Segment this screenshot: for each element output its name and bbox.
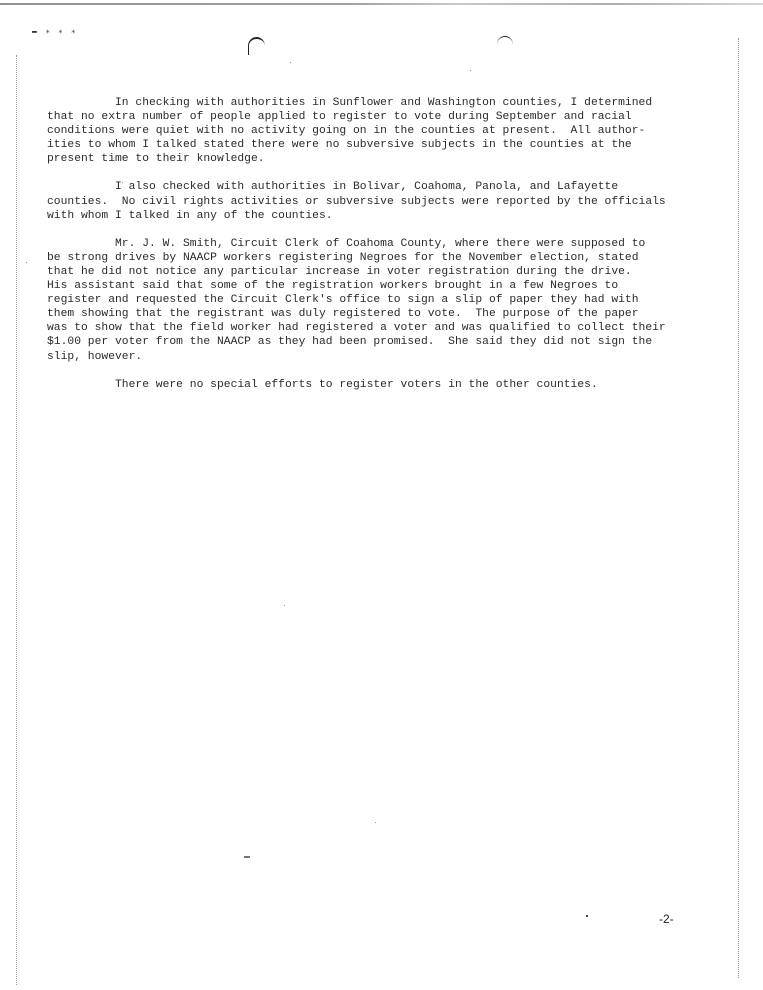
punch-hole-right-icon [497,36,513,53]
scan-speck [26,262,27,263]
text-line: I also checked with authorities in Boliv… [47,181,618,193]
text-line: counties. No civil rights activities or … [47,196,666,208]
scan-speck [122,182,123,183]
text-line: Mr. J. W. Smith, Circuit Clerk of Coahom… [47,238,645,250]
scan-right-margin-line [738,38,740,978]
text-line: There were no special efforts to registe… [47,379,598,391]
document-body: In checking with authorities in Sunflowe… [47,96,727,406]
text-line: that no extra number of people applied t… [47,111,632,123]
paragraph-sunflower-washington: In checking with authorities in Sunflowe… [47,96,727,166]
scan-speck [284,605,285,606]
text-line: conditions were quiet with no activity g… [47,125,645,137]
scan-speck [586,915,588,917]
text-line: present time to their knowledge. [47,153,265,165]
text-line: be strong drives by NAACP workers regist… [47,252,639,264]
paragraph-no-special-efforts: There were no special efforts to registe… [47,378,727,392]
scan-left-margin-line [16,55,18,985]
scan-speck [470,70,471,71]
text-line: His assistant said that some of the regi… [47,280,618,292]
scan-speck [290,62,291,63]
text-line: was to show that the field worker had re… [47,322,666,334]
scan-speck [375,822,376,823]
text-line: with whom I talked in any of the countie… [47,210,333,222]
scan-speck [244,856,250,858]
text-line: register and requested the Circuit Clerk… [47,294,639,306]
page-number: -2- [659,912,674,926]
scan-top-edge [0,3,763,5]
text-line: ities to whom I talked stated there were… [47,139,632,151]
paragraph-bolivar-coahoma: I also checked with authorities in Boliv… [47,180,727,222]
text-line: that he did not notice any particular in… [47,266,632,278]
punch-hole-left-icon [248,37,265,55]
text-line: $1.00 per voter from the NAACP as they h… [47,336,652,348]
paragraph-circuit-clerk: Mr. J. W. Smith, Circuit Clerk of Coahom… [47,237,727,364]
text-line: slip, however. [47,351,142,363]
text-line: them showing that the registrant was dul… [47,308,639,320]
corner-marks: ▬ ⁎ ⁎ ⁎ [32,26,77,36]
text-line: In checking with authorities in Sunflowe… [47,97,652,109]
